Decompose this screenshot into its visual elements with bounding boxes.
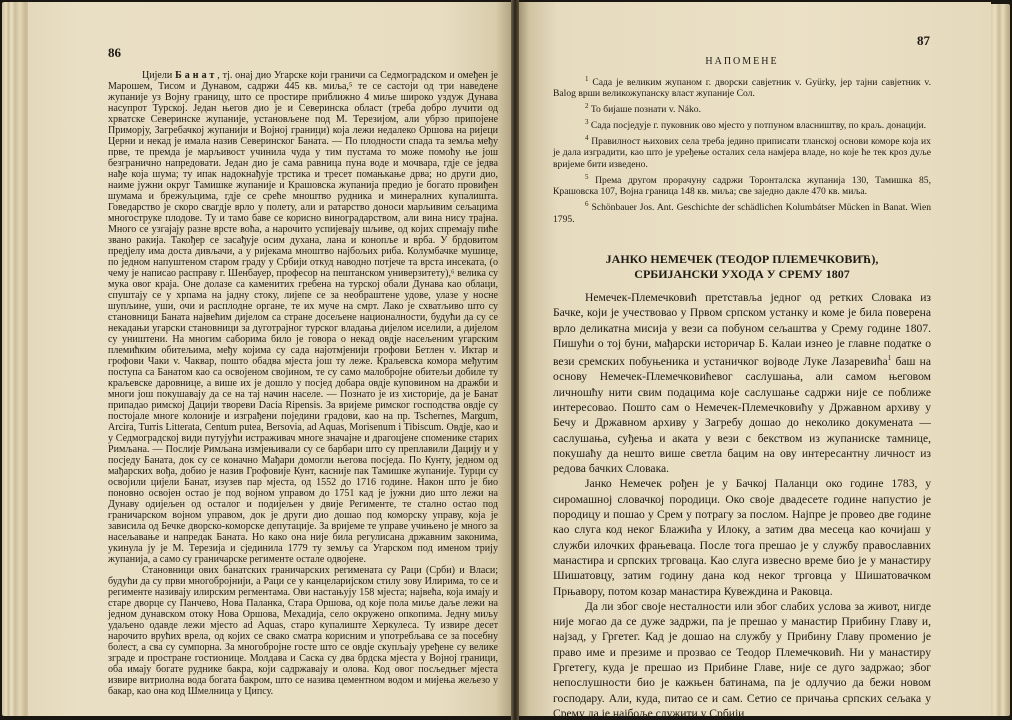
footnote-text: Правилност њихових села треба једино при…: [553, 136, 931, 170]
right-page-stack-edge: [990, 4, 1010, 716]
paragraph-text: баш на основу Немечек-Племечковићевог са…: [553, 355, 931, 475]
chapter-title: ЈАНКО НЕМЕЧЕК (ТЕОДОР ПЛЕМЕЧКОВИЋ), СРБИ…: [553, 252, 931, 282]
paragraph: Јанко Немечек рођен је у Бачкој Паланци …: [553, 476, 931, 598]
footnote-number: 4: [585, 134, 589, 142]
chapter-title-line-1: ЈАНКО НЕМЕЧЕК (ТЕОДОР ПЛЕМЕЧКОВИЋ),: [553, 252, 931, 267]
footnote: 6 Schönbauer Jos. Ant. Geschichte der sc…: [553, 199, 931, 225]
footnote-number: 2: [585, 102, 589, 110]
chapter-title-line-2: СРБИЈАНСКИ УХОДА У СРЕМУ 1807: [553, 267, 931, 282]
footnote-number: 5: [585, 173, 589, 181]
paragraph: Да ли због своје несталности или због сл…: [553, 599, 931, 720]
open-book-spread: 86 Цијели Банат, тј. онај дио Угарске ко…: [0, 0, 1012, 720]
footnote: 3 Сада посједује г. пуковник ово мјесто …: [553, 117, 931, 132]
footnote: 5 Према другом прорачуну садржи Торонтал…: [553, 172, 931, 198]
footnote-text: Сада посједује г. пуковник ово мјесто у …: [591, 120, 926, 131]
paragraph-text: Немечек-Племечковић претставља једног од…: [553, 291, 931, 368]
page-number-left: 86: [108, 45, 121, 61]
paragraph: Становници ових банатских граничарских р…: [108, 565, 498, 697]
footnote: 2 То бијаше познати v. Náko.: [553, 101, 931, 116]
paragraph-text: , тј. онај дио Угарске који граничи са С…: [108, 70, 498, 565]
notes-heading: НАПОМЕНЕ: [553, 56, 931, 68]
footnote-number: 1: [585, 75, 589, 83]
footnote: 4 Правилност њихових села треба једино п…: [553, 133, 931, 171]
footnote-number: 6: [585, 200, 589, 208]
paragraph-lead: Цијели: [142, 70, 175, 81]
book-gutter: [511, 0, 519, 720]
footnote-number: 3: [585, 118, 589, 126]
spaced-keyword: Банат: [175, 70, 217, 81]
left-page-body: Цијели Банат, тј. онај дио Угарске који …: [108, 70, 498, 697]
footnote-text: Према другом прорачуну садржи Торонталск…: [553, 175, 931, 198]
footnote-text: Сада је великим жупаном г. дворски савје…: [553, 77, 931, 100]
footnotes-section: НАПОМЕНЕ 1 Сада је великим жупаном г. дв…: [553, 56, 931, 226]
paragraph: Немечек-Племечковић претставља једног од…: [553, 290, 931, 476]
paragraph: Цијели Банат, тј. онај дио Угарске који …: [108, 70, 498, 565]
footnote: 1 Сада је великим жупаном г. дворски сав…: [553, 74, 931, 100]
footnote-text: То бијаше познати v. Náko.: [591, 104, 701, 115]
right-page-body: Немечек-Племечковић претставља једног од…: [553, 290, 931, 720]
page-number-right: 87: [917, 33, 930, 49]
footnote-text: Schönbauer Jos. Ant. Geschichte der schä…: [553, 202, 931, 225]
